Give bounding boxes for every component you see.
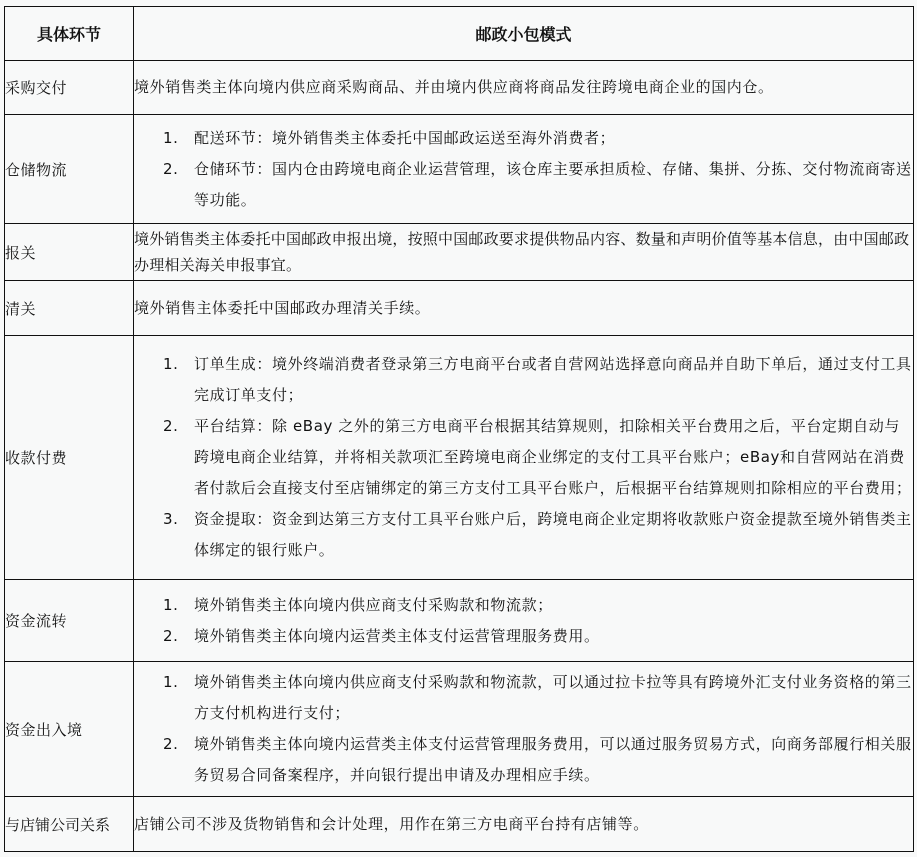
item-number: 1.: [163, 590, 179, 621]
row-content: 店铺公司不涉及货物销售和会计处理，用作在第三方电商平台持有店铺等。: [134, 797, 914, 852]
list-item: 1. 境外销售类主体向境内供应商支付采购款和物流款；: [134, 590, 913, 621]
row-content: 境外销售类主体委托中国邮政申报出境，按照中国邮政要求提供物品内容、数量和声明价值…: [134, 224, 914, 281]
list-item: 3. 资金提取：资金到达第三方支付工具平台账户后，跨境电商企业定期将收款账户资金…: [134, 504, 913, 566]
item-text: 配送环节：境外销售类主体委托中国邮政运送至海外消费者；: [194, 129, 615, 147]
row-content: 1. 订单生成：境外终端消费者登录第三方电商平台或者自营网站选择意向商品并自助下…: [134, 336, 914, 580]
list-item: 2. 境外销售类主体向境内运营类主体支付运营管理服务费用。: [134, 621, 913, 652]
list-item: 1. 境外销售类主体向境内供应商支付采购款和物流款，可以通过拉卡拉等具有跨境外汇…: [134, 667, 913, 729]
item-number: 1.: [163, 349, 179, 380]
header-stage: 具体环节: [5, 7, 134, 61]
list-item: 2. 境外销售类主体向境内运营类主体支付运营管理服务费用，可以通过服务贸易方式，…: [134, 729, 913, 791]
row-content: 1. 境外销售类主体向境内供应商支付采购款和物流款； 2. 境外销售类主体向境内…: [134, 580, 914, 662]
item-number: 1.: [163, 667, 179, 698]
table-row-store-company-relation: 与店铺公司关系 店铺公司不涉及货物销售和会计处理，用作在第三方电商平台持有店铺等…: [5, 797, 914, 852]
list-item: 1. 订单生成：境外终端消费者登录第三方电商平台或者自营网站选择意向商品并自助下…: [134, 349, 913, 411]
item-text: 境外销售类主体向境内供应商支付采购款和物流款，可以通过拉卡拉等具有跨境外汇支付业…: [194, 673, 912, 722]
table-row-fund-flow: 资金流转 1. 境外销售类主体向境内供应商支付采购款和物流款； 2. 境外销售类…: [5, 580, 914, 662]
list-item: 2. 平台结算：除 eBay 之外的第三方电商平台根据其结算规则，扣除相关平台费…: [134, 411, 913, 504]
step-list: 1. 境外销售类主体向境内供应商支付采购款和物流款，可以通过拉卡拉等具有跨境外汇…: [134, 667, 913, 791]
item-text: 仓储环节：国内仓由跨境电商企业运营管理，该仓库主要承担质检、存储、集拼、分拣、交…: [194, 160, 912, 209]
item-number: 2.: [163, 411, 179, 442]
item-number: 3.: [163, 504, 179, 535]
row-label: 报关: [5, 224, 134, 281]
table-row-procurement: 采购交付 境外销售类主体向境内供应商采购商品、并由境内供应商将商品发往跨境电商企…: [5, 61, 914, 115]
list-item: 1. 配送环节：境外销售类主体委托中国邮政运送至海外消费者；: [134, 123, 913, 154]
step-list: 1. 境外销售类主体向境内供应商支付采购款和物流款； 2. 境外销售类主体向境内…: [134, 590, 913, 652]
table-row-cross-border-funds: 资金出入境 1. 境外销售类主体向境内供应商支付采购款和物流款，可以通过拉卡拉等…: [5, 662, 914, 797]
item-number: 2.: [163, 729, 179, 760]
row-label: 与店铺公司关系: [5, 797, 134, 852]
row-label: 仓储物流: [5, 115, 134, 224]
item-text: 订单生成：境外终端消费者登录第三方电商平台或者自营网站选择意向商品并自助下单后，…: [194, 355, 912, 404]
table-row-payment-collection: 收款付费 1. 订单生成：境外终端消费者登录第三方电商平台或者自营网站选择意向商…: [5, 336, 914, 580]
header-postal-mode: 邮政小包模式: [134, 7, 914, 61]
table-row-customs-declaration: 报关 境外销售类主体委托中国邮政申报出境，按照中国邮政要求提供物品内容、数量和声…: [5, 224, 914, 281]
list-item: 2. 仓储环节：国内仓由跨境电商企业运营管理，该仓库主要承担质检、存储、集拼、分…: [134, 154, 913, 216]
row-content: 1. 境外销售类主体向境内供应商支付采购款和物流款，可以通过拉卡拉等具有跨境外汇…: [134, 662, 914, 797]
table-row-customs-clearance: 清关 境外销售主体委托中国邮政办理清关手续。: [5, 281, 914, 336]
table-row-warehousing: 仓储物流 1. 配送环节：境外销售类主体委托中国邮政运送至海外消费者； 2. 仓…: [5, 115, 914, 224]
postal-parcel-mode-table: 具体环节 邮政小包模式 采购交付 境外销售类主体向境内供应商采购商品、并由境内供…: [4, 6, 914, 852]
row-content: 境外销售类主体向境内供应商采购商品、并由境内供应商将商品发往跨境电商企业的国内仓…: [134, 61, 914, 115]
item-number: 1.: [163, 123, 179, 154]
row-content: 1. 配送环节：境外销售类主体委托中国邮政运送至海外消费者； 2. 仓储环节：国…: [134, 115, 914, 224]
step-list: 1. 配送环节：境外销售类主体委托中国邮政运送至海外消费者； 2. 仓储环节：国…: [134, 123, 913, 216]
row-label: 采购交付: [5, 61, 134, 115]
item-text: 平台结算：除 eBay 之外的第三方电商平台根据其结算规则，扣除相关平台费用之后…: [194, 417, 912, 497]
item-text: 境外销售类主体向境内供应商支付采购款和物流款；: [194, 596, 553, 614]
row-content: 境外销售主体委托中国邮政办理清关手续。: [134, 281, 914, 336]
item-text: 境外销售类主体向境内运营类主体支付运营管理服务费用。: [194, 627, 600, 645]
item-text: 境外销售类主体向境内运营类主体支付运营管理服务费用，可以通过服务贸易方式，向商务…: [194, 735, 912, 784]
row-label: 资金出入境: [5, 662, 134, 797]
table-header-row: 具体环节 邮政小包模式: [5, 7, 914, 61]
row-label: 收款付费: [5, 336, 134, 580]
row-label: 资金流转: [5, 580, 134, 662]
row-label: 清关: [5, 281, 134, 336]
step-list: 1. 订单生成：境外终端消费者登录第三方电商平台或者自营网站选择意向商品并自助下…: [134, 349, 913, 566]
item-number: 2.: [163, 621, 179, 652]
item-text: 资金提取：资金到达第三方支付工具平台账户后，跨境电商企业定期将收款账户资金提款至…: [194, 510, 912, 559]
item-number: 2.: [163, 154, 179, 185]
